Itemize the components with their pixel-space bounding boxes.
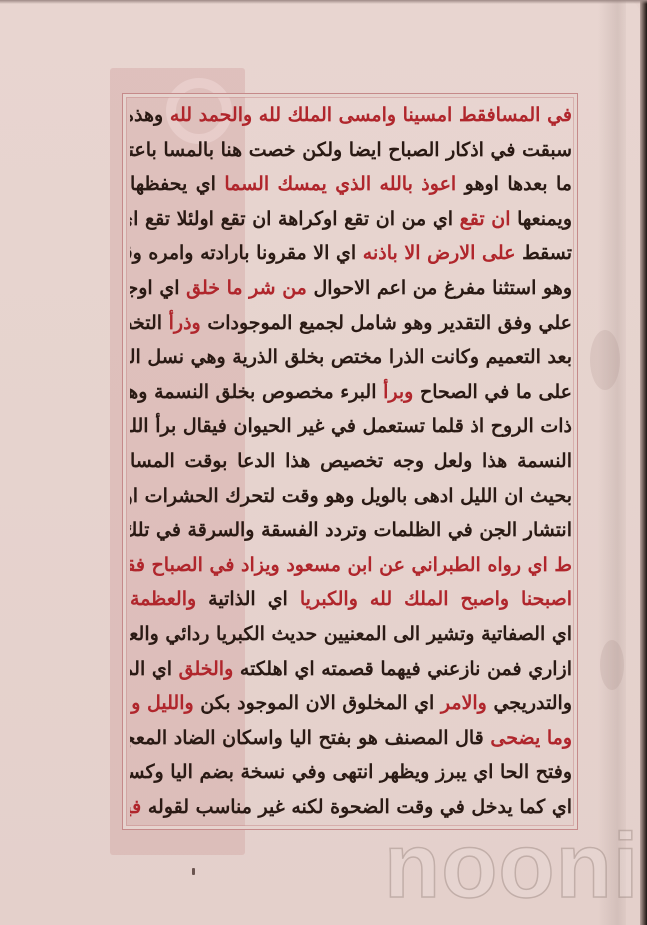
body-text: اي الا مقرونا بارادته وامره وقدرته [130, 242, 363, 264]
rubric-text: وذرأ [169, 312, 201, 334]
body-text: ويمنعها [510, 208, 572, 230]
body-text: اي اوجده [130, 277, 186, 299]
rubric-text: اعوذ بالله الذي يمسك السما [224, 173, 456, 195]
text-line: سبقت في اذكار الصباح ايضا ولكن خصت هنا ب… [130, 133, 572, 167]
paper-stain [590, 330, 620, 390]
text-line: وما يضحى قال المصنف هو بفتح اليا واسكان … [130, 721, 572, 755]
text-line: انتشار الجن في الظلمات وتردد الفسقة والس… [130, 513, 572, 547]
text-line: اي الصفاتية وتشير الى المعنيين حديث الكب… [130, 617, 572, 651]
text-line: في المسافقط امسينا وامسى الملك لله والحم… [130, 98, 572, 132]
text-line: ط اي رواه الطبراني عن ابن مسعود ويزاد في… [130, 548, 572, 582]
rubric-text: والخلق [179, 658, 234, 680]
rubric-text: والعظمة [130, 588, 196, 610]
body-text: والتدريجي [487, 692, 572, 714]
text-line: وهو استثنا مفرغ من اعم الاحوال من شر ما … [130, 271, 572, 305]
page-top-edge [0, 0, 647, 4]
body-text: اي الموجود [130, 658, 179, 680]
body-text: التخصيص [130, 312, 169, 334]
rubric-text: امسينا وامسى الملك لله والحمد لله [170, 104, 453, 126]
body-text: البرء مخصوص بخلق النسمة وهي [130, 381, 383, 403]
body-text: تسقط [516, 242, 573, 264]
text-line: علي وفق التقدير وهو شامل لجميع الموجودات… [130, 306, 572, 340]
text-line: وفتح الحا اي يبرز ويظهر انتهى وفي نسخة ب… [130, 755, 572, 789]
body-text: وهو استثنا مفرغ من اعم الاحوال [307, 277, 572, 299]
body-text: على ما في الصحاح [413, 381, 572, 403]
body-text: بحيث ان الليل ادهى بالويل وهو وقت لتحرك … [130, 485, 572, 507]
body-text: ذات الروح اذ قلما تستعمل في غير الحيوان … [130, 415, 572, 437]
rubric-text: وما يضحى [490, 727, 572, 749]
rubric-text: والليل والنهار [130, 692, 194, 714]
text-line: بحيث ان الليل ادهى بالويل وهو وقت لتحرك … [130, 479, 572, 513]
body-text: سبقت في اذكار الصباح ايضا ولكن خصت هنا ب… [130, 139, 572, 161]
body-text: قال المصنف هو بفتح اليا واسكان الضاد الم… [130, 727, 490, 749]
body-text: اي المخلوق الان الموجود بكن [194, 692, 441, 714]
page-right-edge [640, 0, 647, 925]
page-mark [192, 868, 195, 875]
text-line: ذات الروح اذ قلما تستعمل في غير الحيوان … [130, 409, 572, 443]
manuscript-text: في المسافقط امسينا وامسى الملك لله والحم… [130, 96, 572, 826]
rubric-text: فيهما [130, 796, 141, 818]
text-line: اصبحنا واصبح الملك لله والكبريا اي الذات… [130, 582, 572, 616]
body-text: انتشار الجن في الظلمات وتردد الفسقة والس… [130, 519, 572, 541]
text-line: على ما في الصحاح وبرأ البرء مخصوص بخلق ا… [130, 375, 572, 409]
text-line: النسمة هذا ولعل وجه تخصيص هذا الدعا بوقت… [130, 444, 572, 478]
rubric-text: وبرأ [383, 381, 413, 403]
rubric-text: ويزاد في الصباح فقط [130, 554, 280, 576]
text-line: ازاري فمن نازعني فيهما قصمته اي اهلكته و… [130, 652, 572, 686]
body-text: ما بعدها اوهو [456, 173, 572, 195]
body-text: وفتح الحا اي يبرز ويظهر انتهى وفي نسخة ب… [130, 761, 572, 783]
body-text: ازاري فمن نازعني فيهما قصمته اي اهلكته [233, 658, 572, 680]
body-text: اي الصفاتية وتشير الى المعنيين حديث الكب… [130, 623, 572, 645]
text-line: بعد التعميم وكانت الذرا مختص بخلق الذرية… [130, 340, 572, 374]
rubric-text: والامر [441, 692, 487, 714]
page-fold-shadow [598, 0, 626, 925]
body-text: وهذه الجمل [130, 104, 170, 126]
rubric-text: على الارض الا باذنه [363, 242, 516, 264]
nooni-watermark: nooni [384, 820, 639, 912]
body-text: اي من ان تقع اوكراهة ان تقع اولئلا تقع ا… [130, 208, 460, 230]
text-line: ما بعدها اوهو اعوذ بالله الذي يمسك السما… [130, 167, 572, 201]
body-text: اي الذاتية [196, 588, 300, 610]
text-line: تسقط على الارض الا باذنه اي الا مقرونا ب… [130, 236, 572, 270]
body-text: علي وفق التقدير وهو شامل لجميع الموجودات [201, 312, 572, 334]
rubric-text: اصبحنا واصبح الملك لله والكبريا [300, 588, 572, 610]
rubric-text: ط اي رواه الطبراني عن ابن مسعود [280, 554, 572, 576]
paper-stain [600, 640, 624, 690]
text-line: ويمنعها ان تقع اي من ان تقع اوكراهة ان ت… [130, 202, 572, 236]
rubric-text: من شر ما خلق [186, 277, 307, 299]
body-text: النسمة هذا ولعل وجه تخصيص هذا الدعا بوقت… [130, 450, 572, 472]
rubric-text: ان تقع [460, 208, 511, 230]
text-line: والتدريجي والامر اي المخلوق الان الموجود… [130, 686, 572, 720]
body-text: اي يحفظها [130, 173, 224, 195]
body-text: بعد التعميم وكانت الذرا مختص بخلق الذرية… [130, 346, 572, 368]
rubric-text: في المسافقط [452, 104, 572, 126]
